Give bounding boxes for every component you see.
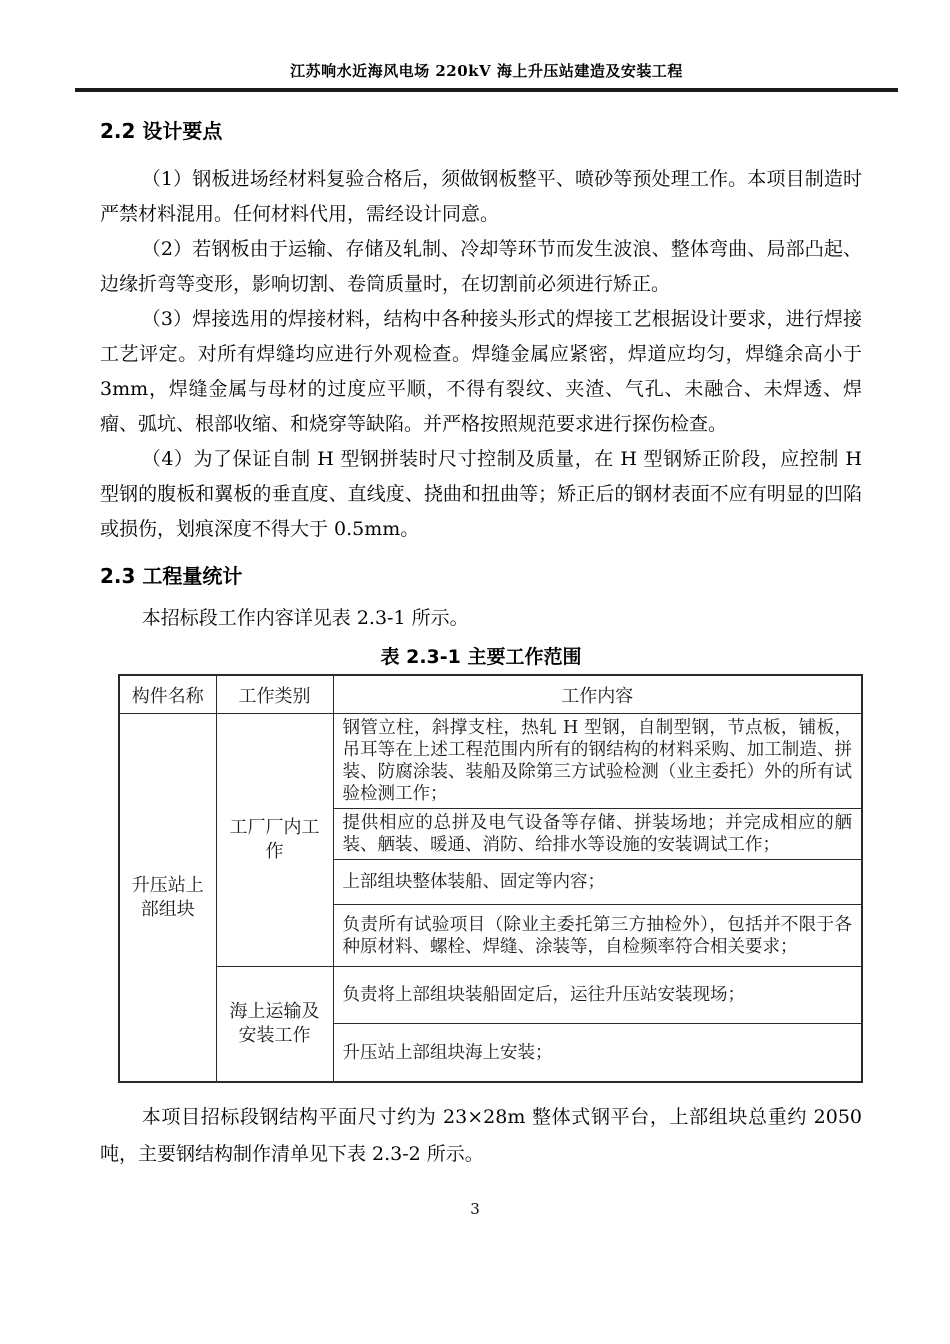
table-header-row: 构件名称 工作类别 工作内容 [119, 675, 862, 714]
document-title: 江苏响水近海风电场 220kV 海上升压站建造及安装工程 [290, 62, 683, 80]
paragraph-4: （4）为了保证自制 H 型钢拼装时尺寸控制及质量，在 H 型钢矫正阶段，应控制 … [100, 442, 862, 547]
work-scope-table: 构件名称 工作类别 工作内容 升压站上部组块 工厂厂内工作 钢管立柱，斜撑支柱，… [118, 674, 863, 1083]
category-cell-sea-transport: 海上运输及安装工作 [216, 967, 333, 1083]
work-content-cell: 钢管立柱，斜撑支柱，热轧 H 型钢，自制型钢，节点板，铺板，吊耳等在上述工程范围… [333, 714, 862, 809]
paragraph-1: （1）钢板进场经材料复验合格后，须做钢板整平、喷砂等预处理工作。本项目制造时严禁… [100, 162, 862, 232]
column-header-work-category: 工作类别 [216, 675, 333, 714]
document-page: 江苏响水近海风电场 220kV 海上升压站建造及安装工程 2.2 设计要点 （1… [0, 0, 950, 1344]
column-header-work-content: 工作内容 [333, 675, 862, 714]
page-content: 2.2 设计要点 （1）钢板进场经材料复验合格后，须做钢板整平、喷砂等预处理工作… [100, 108, 862, 1173]
work-content-cell: 上部组块整体装船、固定等内容； [333, 860, 862, 905]
table-row: 升压站上部组块 工厂厂内工作 钢管立柱，斜撑支柱，热轧 H 型钢，自制型钢，节点… [119, 714, 862, 809]
section-heading-2-2: 2.2 设计要点 [100, 118, 862, 144]
work-content-cell: 负责所有试验项目（除业主委托第三方抽检外），包括并不限于各种原材料、螺栓、焊缝、… [333, 905, 862, 967]
closing-paragraph: 本项目招标段钢结构平面尺寸约为 23×28m 整体式钢平台，上部组块总重约 20… [100, 1099, 862, 1173]
paragraph-2: （2）若钢板由于运输、存储及轧制、冷却等环节而发生波浪、整体弯曲、局部凸起、边缘… [100, 232, 862, 302]
design-points-paragraphs: （1）钢板进场经材料复验合格后，须做钢板整平、喷砂等预处理工作。本项目制造时严禁… [100, 162, 862, 547]
work-content-cell: 提供相应的总拼及电气设备等存储、拼装场地；并完成相应的舾装、舾装、暖通、消防、给… [333, 809, 862, 860]
column-header-component-name: 构件名称 [119, 675, 216, 714]
section-heading-2-3: 2.3 工程量统计 [100, 563, 862, 589]
table-caption: 表 2.3-1 主要工作范围 [100, 645, 862, 669]
paragraph-3: （3）焊接选用的焊接材料，结构中各种接头形式的焊接工艺根据设计要求，进行焊接工艺… [100, 302, 862, 442]
table-row: 海上运输及安装工作 负责将上部组块装船固定后，运往升压站安装现场； [119, 967, 862, 1024]
work-content-cell: 负责将上部组块装船固定后，运往升压站安装现场； [333, 967, 862, 1024]
page-number: 3 [470, 1200, 480, 1218]
page-footer: 3 [0, 1200, 950, 1218]
table-intro-paragraph: 本招标段工作内容详见表 2.3-1 所示。 [100, 601, 862, 636]
component-name-cell: 升压站上部组块 [119, 714, 216, 1083]
category-cell-factory-work: 工厂厂内工作 [216, 714, 333, 967]
page-header: 江苏响水近海风电场 220kV 海上升压站建造及安装工程 [75, 60, 898, 92]
work-content-cell: 升压站上部组块海上安装； [333, 1024, 862, 1083]
